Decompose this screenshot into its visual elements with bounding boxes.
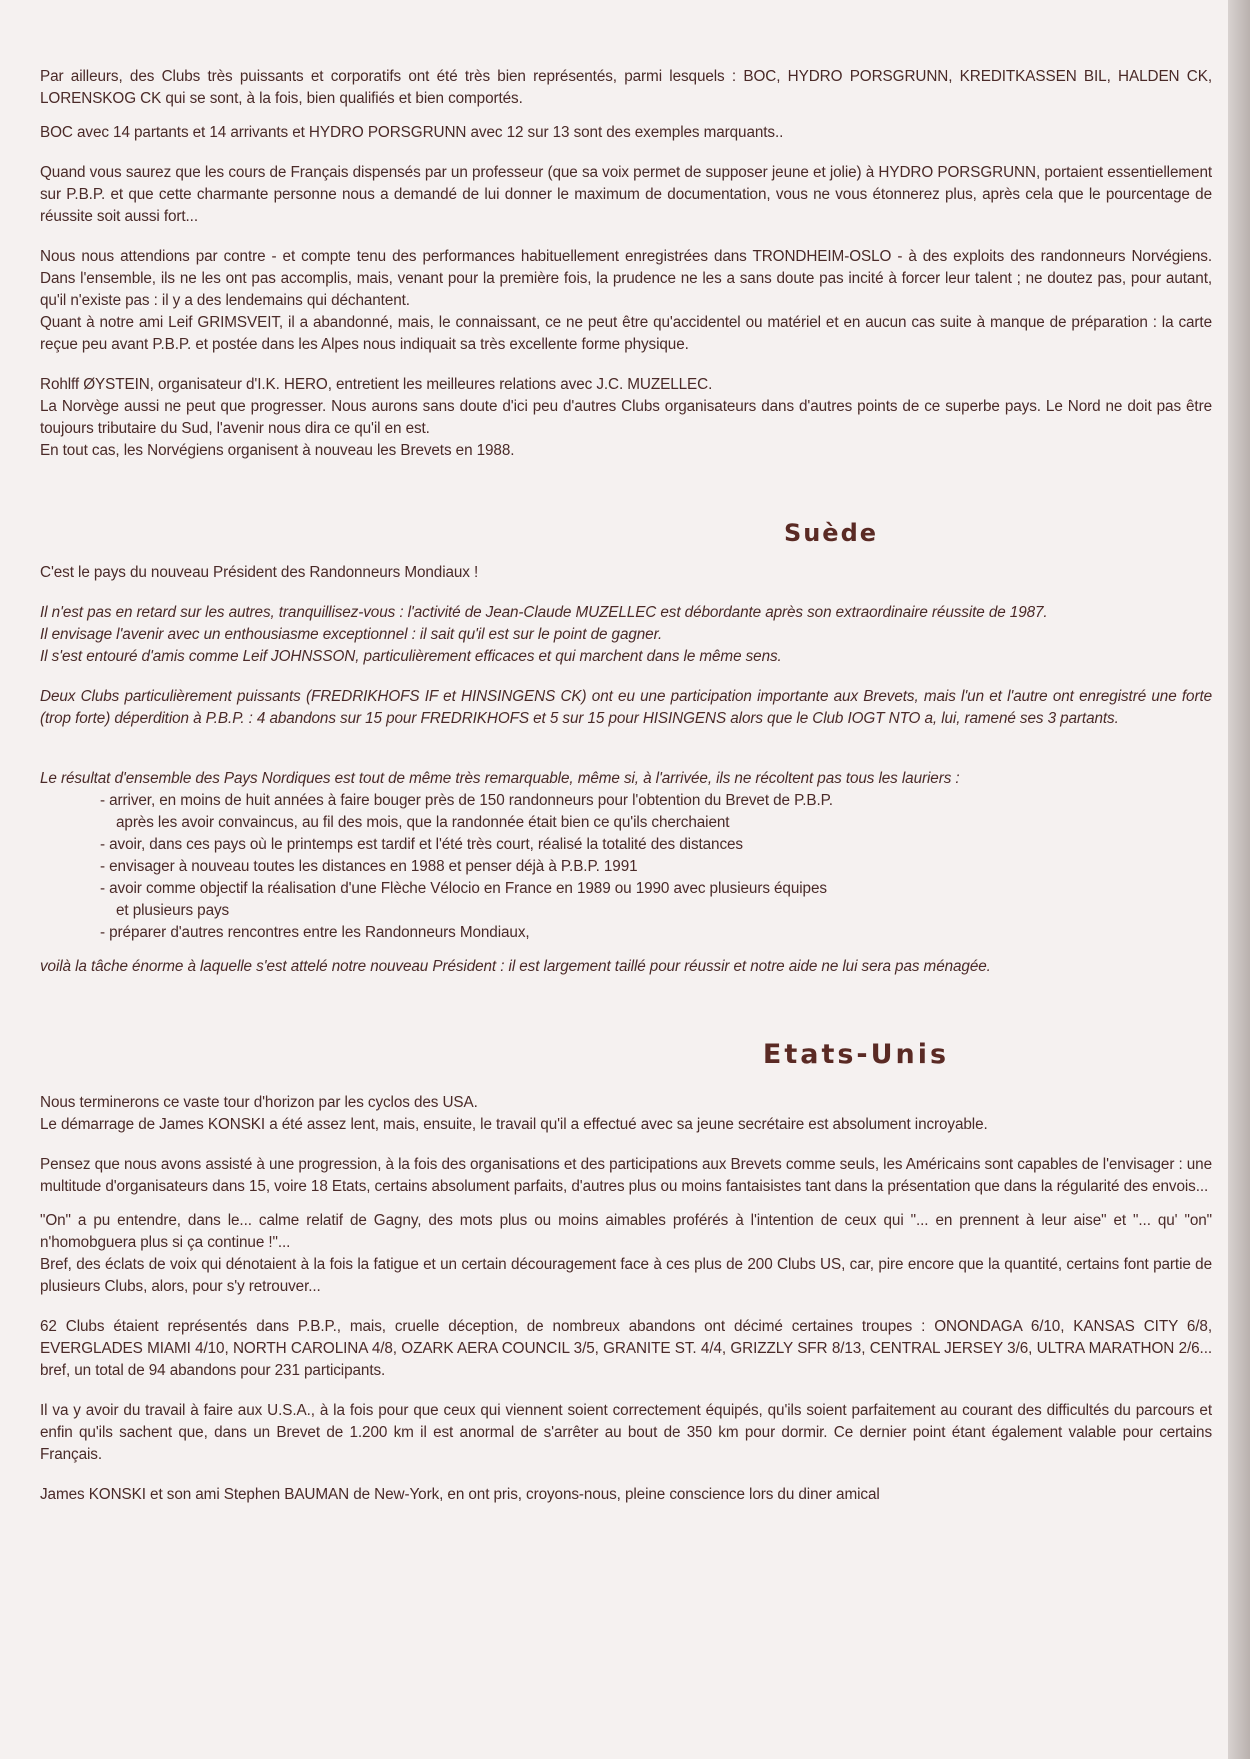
section-title-usa: Etats-Unis (40, 1044, 1212, 1066)
nordic-results-intro: Le résultat d'ensemble des Pays Nordique… (40, 768, 1212, 790)
sweden-intro: C'est le pays du nouveau Président des R… (40, 562, 1212, 584)
usa-konski-bauman: James KONSKI et son ami Stephen BAUMAN d… (40, 1484, 1212, 1506)
usa-gagny-quote: "On" a pu entendre, dans le... calme rel… (40, 1210, 1212, 1254)
list-item: - arriver, en moins de huit années à fai… (100, 790, 1212, 812)
usa-clubs-abandons: 62 Clubs étaient représentés dans P.B.P.… (40, 1316, 1212, 1382)
nordic-goals-list: - arriver, en moins de huit années à fai… (40, 790, 1212, 944)
list-item: - préparer d'autres rencontres entre les… (100, 922, 1212, 944)
list-item-continuation: après les avoir convaincus, au fil des m… (100, 812, 1212, 834)
norway-paragraph-clubs: Par ailleurs, des Clubs très puissants e… (40, 66, 1212, 110)
usa-intro: Nous terminerons ce vaste tour d'horizon… (40, 1092, 1212, 1114)
sweden-clubs-paragraph: Deux Clubs particulièrement puissants (F… (40, 686, 1212, 730)
page-edge-shadow (1228, 0, 1250, 1759)
bleed-through-text (40, 38, 44, 54)
usa-konski-start: Le démarrage de James KONSKI a été assez… (40, 1114, 1212, 1136)
list-item-continuation: et plusieurs pays (100, 900, 1212, 922)
norway-paragraph-grimsveit: Quant à notre ami Leif GRIMSVEIT, il a a… (40, 312, 1212, 356)
scanned-page: Par ailleurs, des Clubs très puissants e… (0, 0, 1228, 1759)
sweden-line-future: Il envisage l'avenir avec un enthousiasm… (40, 624, 1212, 646)
norway-paragraph-oystein: Rohlff ØYSTEIN, organisateur d'I.K. HERO… (40, 374, 1212, 396)
norway-paragraph-progress: La Norvège aussi ne peut que progresser.… (40, 396, 1212, 440)
page-content: Par ailleurs, des Clubs très puissants e… (40, 66, 1212, 1506)
usa-work-to-do: Il va y avoir du travail à faire aux U.S… (40, 1400, 1212, 1466)
sweden-conclusion: voilà la tâche énorme à laquelle s'est a… (40, 956, 1212, 978)
norway-paragraph-boc: BOC avec 14 partants et 14 arrivants et … (40, 122, 1212, 144)
usa-bref: Bref, des éclats de voix qui dénotaient … (40, 1254, 1212, 1298)
section-title-sweden: Suède (40, 522, 1212, 544)
sweden-line-activity: Il n'est pas en retard sur les autres, t… (40, 602, 1212, 624)
list-item: - envisager à nouveau toutes les distanc… (100, 856, 1212, 878)
usa-progression: Pensez que nous avons assisté à une prog… (40, 1154, 1212, 1198)
norway-paragraph-1988: En tout cas, les Norvégiens organisent à… (40, 440, 1212, 462)
norway-paragraph-expectations: Nous nous attendions par contre - et com… (40, 246, 1212, 312)
norway-paragraph-french-course: Quand vous saurez que les cours de Franç… (40, 162, 1212, 228)
list-item: - avoir comme objectif la réalisation d'… (100, 878, 1212, 900)
sweden-line-friends: Il s'est entouré d'amis comme Leif JOHNS… (40, 646, 1212, 668)
list-item: - avoir, dans ces pays où le printemps e… (100, 834, 1212, 856)
